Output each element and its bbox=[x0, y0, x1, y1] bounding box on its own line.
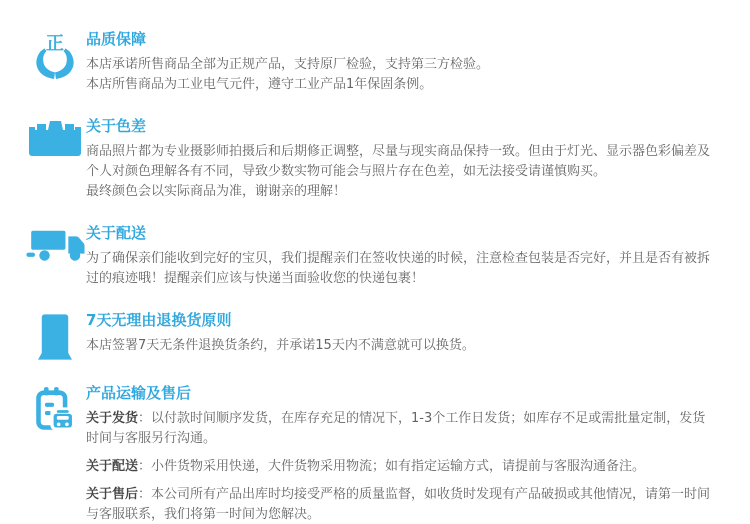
section-title: 关于配送 bbox=[86, 224, 714, 243]
section-content: 关于色差 商品照片都为专业摄影师拍摄后和后期修正调整，尽量与现实商品保持一致。但… bbox=[86, 117, 716, 202]
section-content: 关于配送 为了确保亲们能收到完好的宝贝，我们提醒亲们在签收快递的时候，注意检查包… bbox=[86, 224, 716, 289]
section-delivery: 关于配送 为了确保亲们能收到完好的宝贝，我们提醒亲们在签收快递的时候，注意检查包… bbox=[24, 224, 716, 289]
section-content: 7天无理由退换货原则 本店签署7天无条件退换货条约，并承诺15天内不满意就可以换… bbox=[86, 311, 716, 362]
paragraph-text: ：本公司所有产品出库时均接受严格的质量监督，如收货时发现有产品破损或其他情况，请… bbox=[86, 487, 710, 522]
section-title: 品质保障 bbox=[86, 30, 714, 49]
section-icon-column bbox=[24, 311, 86, 362]
paragraph-text: ：小件货物采用快递，大件货物采用物流；如有指定运输方式，请提前与客服沟通备注。 bbox=[138, 459, 645, 474]
section-text-line: 关于发货：以付款时间顺序发货，在库存充足的情况下，1-3个工作日发货；如库存不足… bbox=[86, 409, 714, 449]
section-icon-column: 正 bbox=[24, 30, 86, 95]
section-text-line: 本店所售商品为工业电气元件，遵守工业产品1年保固条例。 bbox=[86, 75, 714, 95]
section-icon-column bbox=[24, 117, 86, 202]
section-text-line: 关于配送：小件货物采用快递，大件货物采用物流；如有指定运输方式，请提前与客服沟通… bbox=[86, 457, 714, 477]
genuine-hands-icon: 正 bbox=[32, 31, 78, 83]
section-aftersales: 产品运输及售后 关于发货：以付款时间顺序发货，在库存充足的情况下，1-3个工作日… bbox=[24, 384, 716, 524]
transport-aftersales-icon bbox=[33, 385, 77, 437]
paragraph-text: ：以付款时间顺序发货，在库存充足的情况下，1-3个工作日发货；如库存不足或需批量… bbox=[86, 411, 705, 446]
section-title: 产品运输及售后 bbox=[86, 384, 714, 403]
paragraph-lead-label: 关于售后 bbox=[86, 487, 138, 502]
delivery-truck-icon bbox=[24, 225, 86, 265]
service-info-page: 正 品质保障 本店承诺所售商品全部为正规产品，支持原厂检验，支持第三方检验。 本… bbox=[0, 0, 750, 524]
section-text-line: 本店签署7天无条件退换货条约，并承诺15天内不满意就可以换货。 bbox=[86, 336, 714, 356]
section-content: 品质保障 本店承诺所售商品全部为正规产品，支持原厂检验，支持第三方检验。 本店所… bbox=[86, 30, 716, 95]
camera-icon bbox=[28, 118, 82, 158]
section-text-line: 为了确保亲们能收到完好的宝贝，我们提醒亲们在签收快递的时候，注意检查包装是否完好… bbox=[86, 249, 714, 289]
section-color-difference: 关于色差 商品照片都为专业摄影师拍摄后和后期修正调整，尽量与现实商品保持一致。但… bbox=[24, 117, 716, 202]
paragraph-lead-label: 关于发货 bbox=[86, 411, 138, 426]
section-icon-column bbox=[24, 384, 86, 524]
return-box-icon bbox=[38, 312, 72, 362]
svg-text:正: 正 bbox=[46, 33, 64, 54]
section-title: 关于色差 bbox=[86, 117, 714, 136]
section-text-line: 关于售后：本公司所有产品出库时均接受严格的质量监督，如收货时发现有产品破损或其他… bbox=[86, 485, 714, 524]
section-text-line: 本店承诺所售商品全部为正规产品，支持原厂检验，支持第三方检验。 bbox=[86, 55, 714, 75]
section-return-policy: 7天无理由退换货原则 本店签署7天无条件退换货条约，并承诺15天内不满意就可以换… bbox=[24, 311, 716, 362]
section-content: 产品运输及售后 关于发货：以付款时间顺序发货，在库存充足的情况下，1-3个工作日… bbox=[86, 384, 716, 524]
section-text-line: 最终颜色会以实际商品为准，谢谢亲的理解！ bbox=[86, 182, 714, 202]
section-title: 7天无理由退换货原则 bbox=[86, 311, 714, 330]
paragraph-lead-label: 关于配送 bbox=[86, 459, 138, 474]
section-quality: 正 品质保障 本店承诺所售商品全部为正规产品，支持原厂检验，支持第三方检验。 本… bbox=[24, 30, 716, 95]
section-text-line: 商品照片都为专业摄影师拍摄后和后期修正调整，尽量与现实商品保持一致。但由于灯光、… bbox=[86, 142, 714, 182]
section-icon-column bbox=[24, 224, 86, 289]
